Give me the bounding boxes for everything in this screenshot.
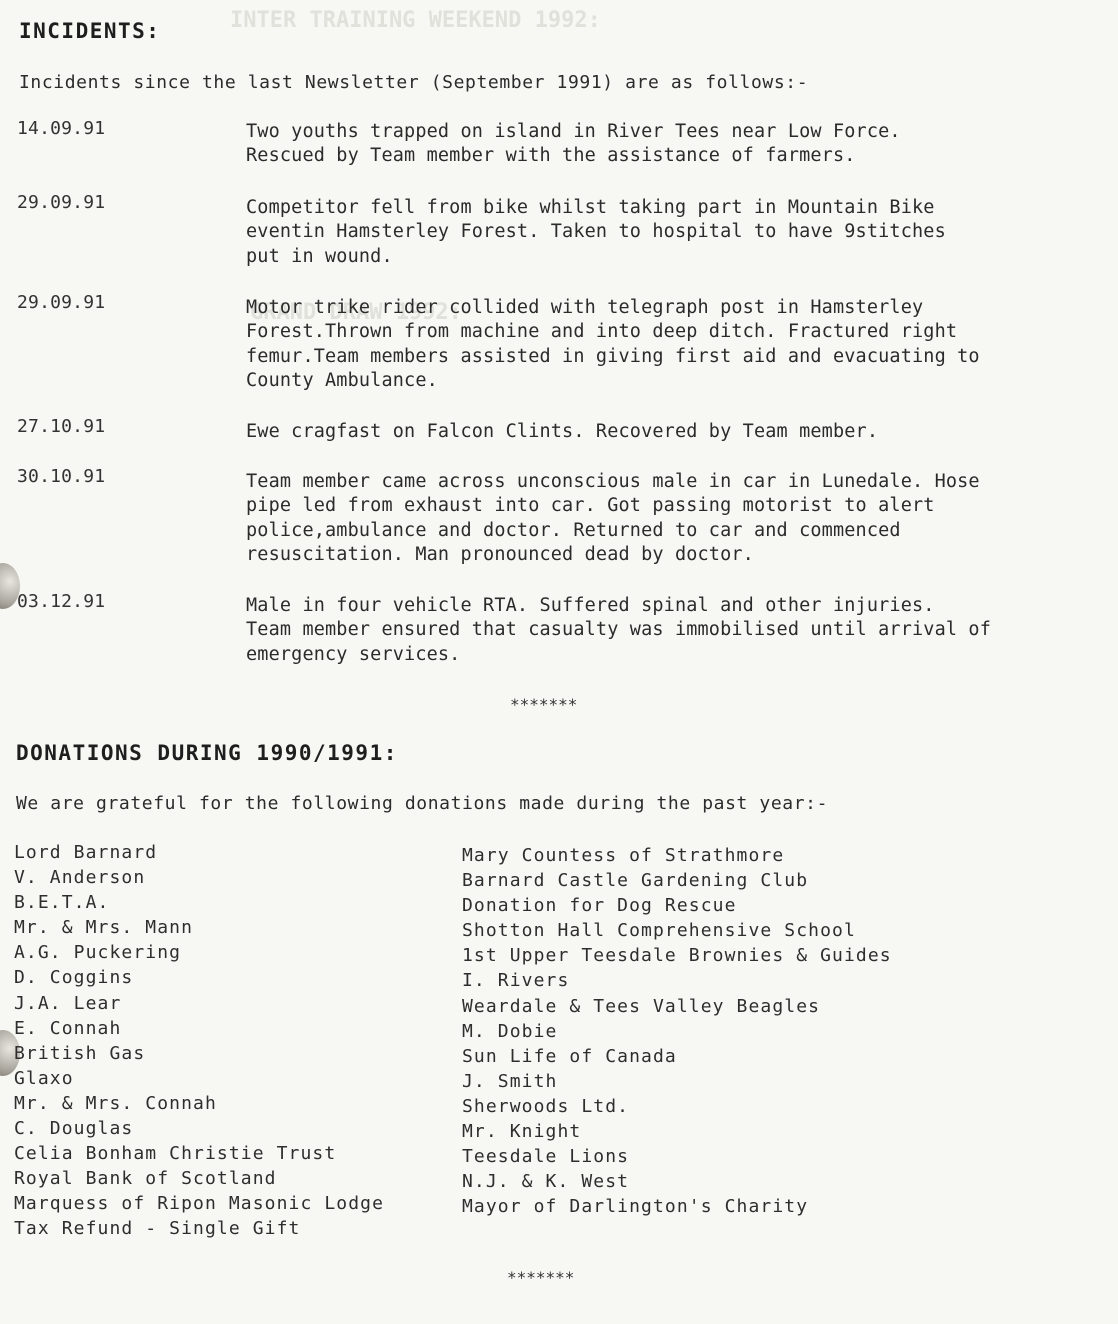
donor-name: Mayor of Darlington's Charity <box>462 1194 892 1219</box>
donor-name: M. Dobie <box>462 1019 892 1044</box>
newsletter-page: INTER TRAINING WEEKEND 1992: GRAND DRAW … <box>0 0 1118 1324</box>
donor-name: I. Rivers <box>462 968 892 993</box>
incident-date: 03.12.91 <box>17 591 105 612</box>
donor-name: Glaxo <box>14 1066 384 1091</box>
donor-name: Mr. & Mrs. Connah <box>14 1091 384 1116</box>
incident-date: 30.10.91 <box>17 466 105 487</box>
show-through-text: INTER TRAINING WEEKEND 1992: <box>230 8 601 33</box>
donor-name: Tax Refund - Single Gift <box>14 1216 384 1241</box>
incident-date: 27.10.91 <box>17 416 105 437</box>
donor-name: Marquess of Ripon Masonic Lodge <box>14 1191 384 1216</box>
donor-name: V. Anderson <box>14 865 384 890</box>
section-separator: ******* <box>507 1268 574 1287</box>
donor-name: J.A. Lear <box>14 991 384 1016</box>
donor-name: Donation for Dog Rescue <box>462 893 892 918</box>
donor-name: Lord Barnard <box>14 840 384 865</box>
incident-date: 29.09.91 <box>17 292 105 313</box>
donor-name: A.G. Puckering <box>14 940 384 965</box>
donor-name: E. Connah <box>14 1016 384 1041</box>
incidents-heading: INCIDENTS: <box>19 19 160 43</box>
donations-heading: DONATIONS DURING 1990/1991: <box>16 741 398 765</box>
donor-name: Barnard Castle Gardening Club <box>462 868 892 893</box>
donor-name: British Gas <box>14 1041 384 1066</box>
section-separator: ******* <box>510 695 577 714</box>
donations-intro: We are grateful for the following donati… <box>16 793 828 814</box>
donor-name: Royal Bank of Scotland <box>14 1166 384 1191</box>
donor-name: Mr. Knight <box>462 1119 892 1144</box>
donor-name: Mary Countess of Strathmore <box>462 843 892 868</box>
donor-list-right: Mary Countess of StrathmoreBarnard Castl… <box>462 843 892 1219</box>
incident-description: Competitor fell from bike whilst taking … <box>246 196 1116 269</box>
donor-name: B.E.T.A. <box>14 890 384 915</box>
donor-name: Sherwoods Ltd. <box>462 1094 892 1119</box>
incident-description: Team member came across unconscious male… <box>246 470 1116 567</box>
incident-description: Two youths trapped on island in River Te… <box>246 120 1116 169</box>
donor-name: C. Douglas <box>14 1116 384 1141</box>
incident-description: Ewe cragfast on Falcon Clints. Recovered… <box>246 420 1116 444</box>
donor-name: Mr. & Mrs. Mann <box>14 915 384 940</box>
donor-name: 1st Upper Teesdale Brownies & Guides <box>462 943 892 968</box>
incidents-intro: Incidents since the last Newsletter (Sep… <box>19 72 808 93</box>
donor-name: J. Smith <box>462 1069 892 1094</box>
donor-name: D. Coggins <box>14 965 384 990</box>
donor-name: Teesdale Lions <box>462 1144 892 1169</box>
incident-date: 14.09.91 <box>17 118 105 139</box>
donor-name: N.J. & K. West <box>462 1169 892 1194</box>
donor-name: Sun Life of Canada <box>462 1044 892 1069</box>
incident-date: 29.09.91 <box>17 192 105 213</box>
donor-name: Celia Bonham Christie Trust <box>14 1141 384 1166</box>
donor-name: Weardale & Tees Valley Beagles <box>462 994 892 1019</box>
donor-name: Shotton Hall Comprehensive School <box>462 918 892 943</box>
incident-description: Motor trike rider collided with telegrap… <box>246 296 1116 393</box>
donor-list-left: Lord BarnardV. AndersonB.E.T.A.Mr. & Mrs… <box>14 840 384 1242</box>
incident-description: Male in four vehicle RTA. Suffered spina… <box>246 594 1116 667</box>
